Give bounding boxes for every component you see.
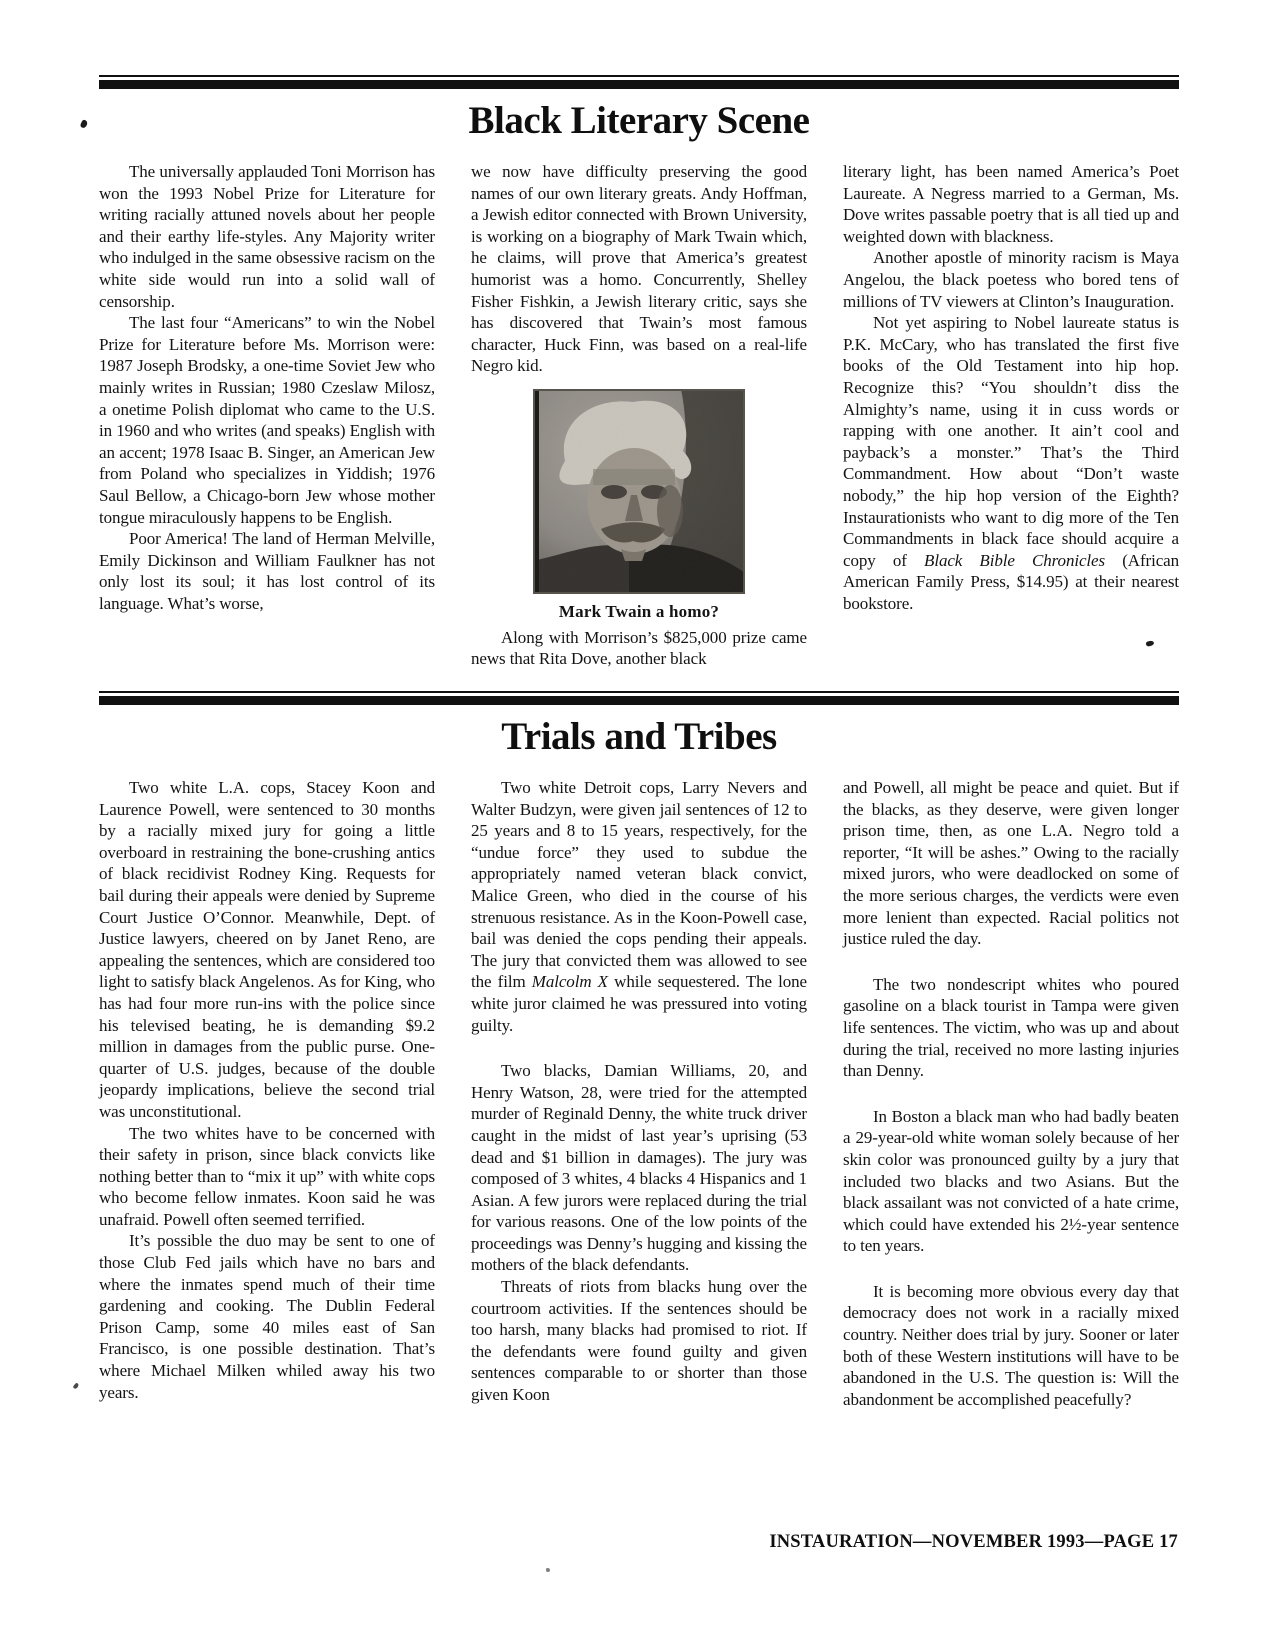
article1-columns: The universally applauded Toni Morrison … xyxy=(99,161,1179,691)
article1-title: Black Literary Scene xyxy=(99,98,1179,144)
ink-speck xyxy=(546,1568,550,1572)
paragraph: Poor America! The land of Herman Melvill… xyxy=(99,528,435,614)
paragraph: Another apostle of minority racism is Ma… xyxy=(843,247,1179,312)
rule-thick-line xyxy=(99,696,1179,705)
paragraph: literary light, has been named America’s… xyxy=(843,161,1179,247)
page-footer: INSTAURATION—NOVEMBER 1993—PAGE 17 xyxy=(769,1532,1178,1553)
article2-columns: Two white L.A. cops, Stacey Koon and Lau… xyxy=(99,777,1179,1410)
page-content: Black Literary Scene The universally app… xyxy=(99,75,1179,1410)
article-trials-and-tribes: Trials and Tribes Two white L.A. cops, S… xyxy=(99,691,1179,1410)
paragraph: we now have difficulty preserving the go… xyxy=(471,161,807,377)
paragraph: The last four “Americans” to win the Nob… xyxy=(99,312,435,528)
rule-thick-line xyxy=(99,80,1179,89)
paragraph: Along with Morrison’s $825,000 prize cam… xyxy=(471,627,807,670)
italic-text: Malcolm X xyxy=(532,972,608,991)
paragraph: Two white Detroit cops, Larry Nevers and… xyxy=(471,777,807,1036)
mark-twain-photo: Mark Twain a homo? xyxy=(533,389,745,623)
paragraph: Two blacks, Damian Williams, 20, and Hen… xyxy=(471,1060,807,1276)
paragraph: In Boston a black man who had badly beat… xyxy=(843,1106,1179,1257)
paragraph: The universally applauded Toni Morrison … xyxy=(99,161,435,312)
photo-caption: Mark Twain a homo? xyxy=(533,601,745,623)
paragraph: Not yet aspiring to Nobel laureate statu… xyxy=(843,312,1179,614)
article-black-literary-scene: Black Literary Scene The universally app… xyxy=(99,75,1179,691)
article1-column-2: we now have difficulty preserving the go… xyxy=(471,161,807,691)
paragraph: It’s possible the duo may be sent to one… xyxy=(99,1230,435,1403)
paragraph: It is becoming more obvious every day th… xyxy=(843,1281,1179,1411)
rule-thin-line xyxy=(99,691,1179,693)
top-double-rule xyxy=(99,75,1179,89)
article2-column-3: and Powell, all might be peace and quiet… xyxy=(843,777,1179,1410)
article1-column-2-bottom: Along with Morrison’s $825,000 prize cam… xyxy=(471,627,807,670)
paragraph: and Powell, all might be peace and quiet… xyxy=(843,777,1179,950)
paragraph: The two whites have to be concerned with… xyxy=(99,1123,435,1231)
article2-title: Trials and Tribes xyxy=(99,714,1179,760)
ink-speck xyxy=(80,119,89,129)
article1-column-2-top: we now have difficulty preserving the go… xyxy=(471,161,807,377)
italic-text: Black Bible Chronicles xyxy=(924,551,1105,570)
article2-column-2: Two white Detroit cops, Larry Nevers and… xyxy=(471,777,807,1410)
article1-column-1: The universally applauded Toni Morrison … xyxy=(99,161,435,691)
paragraph: The two nondescript whites who poured ga… xyxy=(843,974,1179,1082)
rule-thin-line xyxy=(99,75,1179,77)
paragraph: Threats of riots from blacks hung over t… xyxy=(471,1276,807,1406)
article1-column-3: literary light, has been named America’s… xyxy=(843,161,1179,691)
ink-speck xyxy=(73,1382,80,1389)
magazine-page: Black Literary Scene The universally app… xyxy=(0,0,1275,1650)
paragraph: Two white L.A. cops, Stacey Koon and Lau… xyxy=(99,777,435,1123)
middle-double-rule xyxy=(99,691,1179,705)
article2-column-1: Two white L.A. cops, Stacey Koon and Lau… xyxy=(99,777,435,1410)
mark-twain-portrait-image xyxy=(533,389,745,594)
